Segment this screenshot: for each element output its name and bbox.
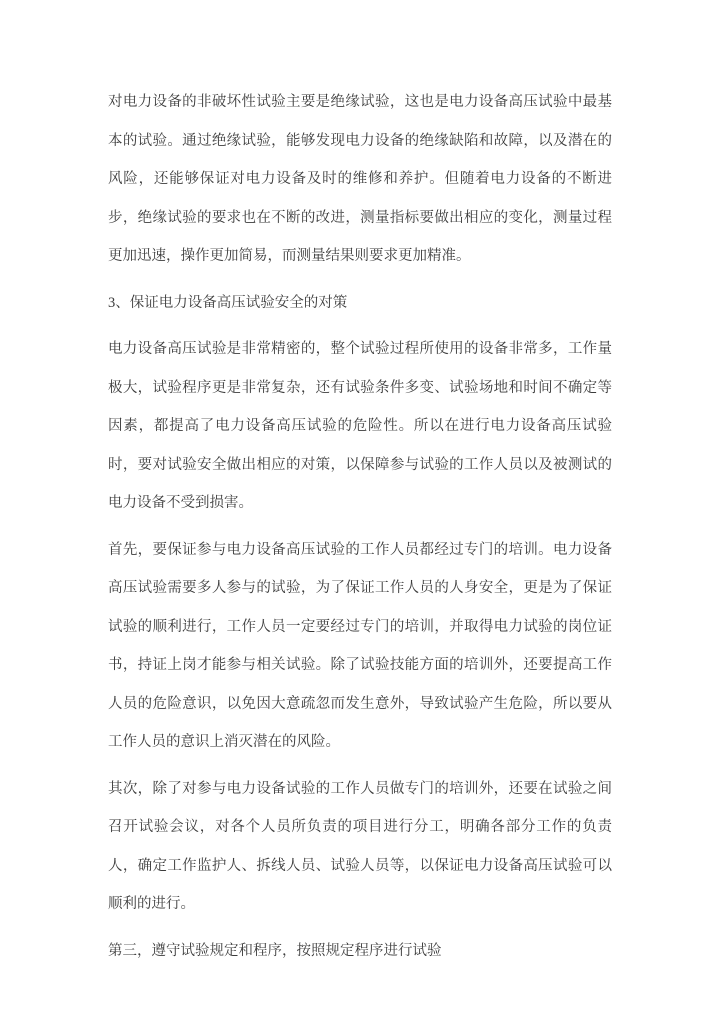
paragraph-insulation-test: 对电力设备的非破坏性试验主要是绝缘试验，这也是电力设备高压试验中最基本的试验。通… xyxy=(108,83,612,276)
paragraph-test-complexity: 电力设备高压试验是非常精密的，整个试验过程所使用的设备非常多，工作量极大，试验程… xyxy=(108,330,612,523)
paragraph-third-rules: 第三，遵守试验规定和程序，按照规定程序进行试验 xyxy=(108,932,612,971)
document-page: 对电力设备的非破坏性试验主要是绝缘试验，这也是电力设备高压试验中最基本的试验。通… xyxy=(0,0,720,1018)
paragraph-first-training: 首先，要保证参与电力设备高压试验的工作人员都经过专门的培训。电力设备高压试验需要… xyxy=(108,531,612,762)
section-heading-3: 3、保证电力设备高压试验安全的对策 xyxy=(108,284,612,323)
paragraph-second-meeting: 其次，除了对参与电力设备试验的工作人员做专门的培训外，还要在试验之间召开试验会议… xyxy=(108,770,612,924)
